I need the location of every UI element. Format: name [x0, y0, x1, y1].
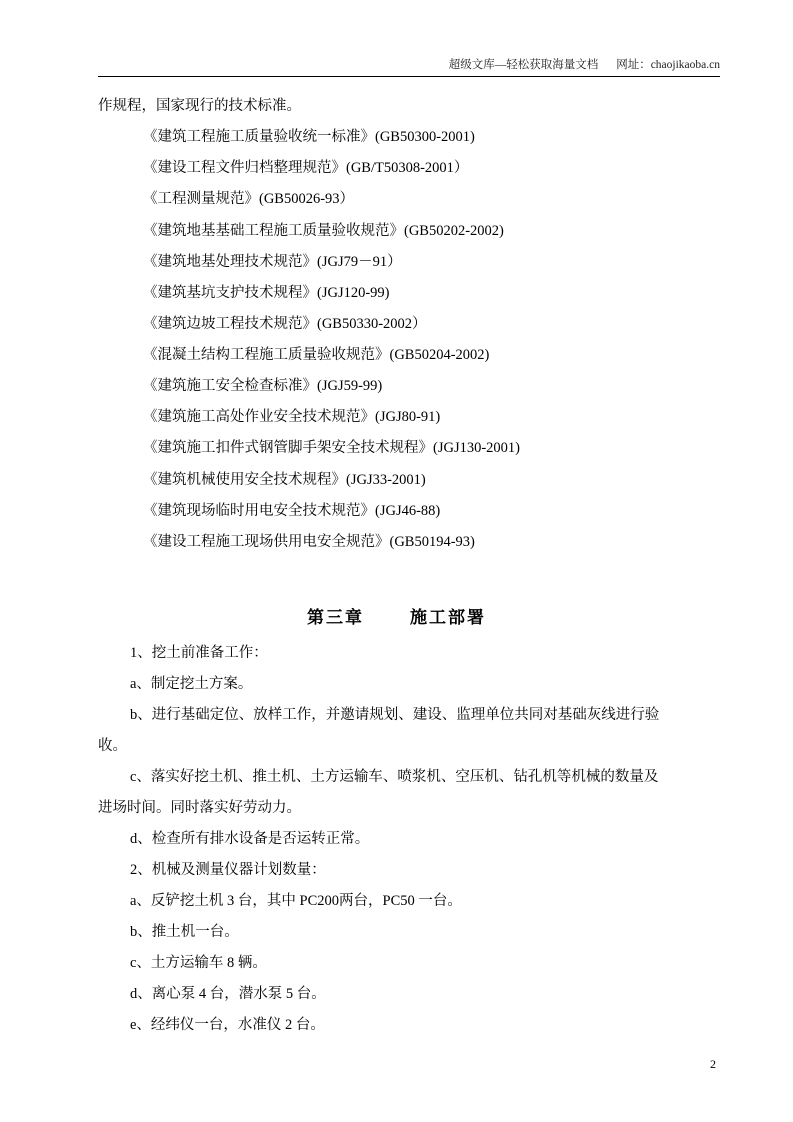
intro-line: 作规程，国家现行的技术标准。: [98, 96, 301, 116]
standard-item: 《建筑施工高处作业安全技术规范》(JGJ80-91): [143, 407, 440, 427]
header-site-title: 超级文库—轻松获取海量文档: [449, 56, 599, 72]
standard-item: 《建设工程施工现场供用电安全规范》(GB50194-93): [143, 532, 475, 552]
standard-item: 《工程测量规范》(GB50026-93）: [143, 189, 354, 209]
section2-item: e、经纬仪一台，水准仪 2 台。: [130, 1015, 325, 1035]
standard-item: 《建筑地基基础工程施工质量验收规范》(GB50202-2002): [143, 221, 504, 241]
standard-item: 《建筑现场临时用电安全技术规范》(JGJ46-88): [143, 501, 440, 521]
standard-item: 《建筑机械使用安全技术规程》(JGJ33-2001): [143, 470, 426, 490]
section1-item-a: a、制定挖土方案。: [130, 674, 252, 694]
standard-item: 《建筑施工扣件式钢管脚手架安全技术规程》(JGJ130-2001): [143, 438, 520, 458]
standard-item: 《建筑地基处理技术规范》(JGJ79－91）: [143, 252, 402, 272]
page-number: 2: [710, 1057, 716, 1072]
header-url: 网址：chaojikaoba.cn: [616, 56, 720, 72]
section2-heading: 2、机械及测量仪器计划数量：: [130, 860, 326, 880]
standard-item: 《建筑施工安全检查标准》(JGJ59-99): [143, 376, 382, 396]
section2-item: a、反铲挖土机 3 台，其中 PC200两台，PC50 一台。: [130, 891, 462, 911]
standard-item: 《建筑边坡工程技术规范》(GB50330-2002）: [143, 314, 427, 334]
section1-heading: 1、挖土前准备工作：: [130, 643, 268, 663]
page-header: 超级文库—轻松获取海量文档网址：chaojikaoba.cn: [98, 56, 720, 77]
section1-item-b-cont: 收。: [98, 736, 127, 756]
section1-item-b: b、进行基础定位、放样工作，并邀请规划、建设、监理单位共同对基础灰线进行验: [130, 705, 659, 725]
standard-item: 《建设工程文件归档整理规范》(GB/T50308-2001）: [143, 158, 468, 178]
section1-item-c: c、落实好挖土机、推土机、土方运输车、喷浆机、空压机、钻孔机等机械的数量及: [130, 767, 658, 787]
section2-item: c、土方运输车 8 辆。: [130, 953, 267, 973]
chapter-heading: 第三章施工部署: [0, 603, 793, 628]
section2-item: b、推土机一台。: [130, 922, 239, 942]
chapter-title: 施工部署: [410, 608, 486, 628]
standard-item: 《建筑基坑支护技术规程》(JGJ120-99): [143, 283, 390, 303]
chapter-number: 第三章: [307, 608, 364, 628]
section2-item: d、离心泵 4 台，潜水泵 5 台。: [130, 984, 326, 1004]
standard-item: 《混凝土结构工程施工质量验收规范》(GB50204-2002): [143, 345, 489, 365]
section1-item-c-cont: 进场时间。同时落实好劳动力。: [98, 798, 301, 818]
section1-item-d: d、检查所有排水设备是否运转正常。: [130, 829, 369, 849]
standard-item: 《建筑工程施工质量验收统一标准》(GB50300-2001): [143, 127, 475, 147]
